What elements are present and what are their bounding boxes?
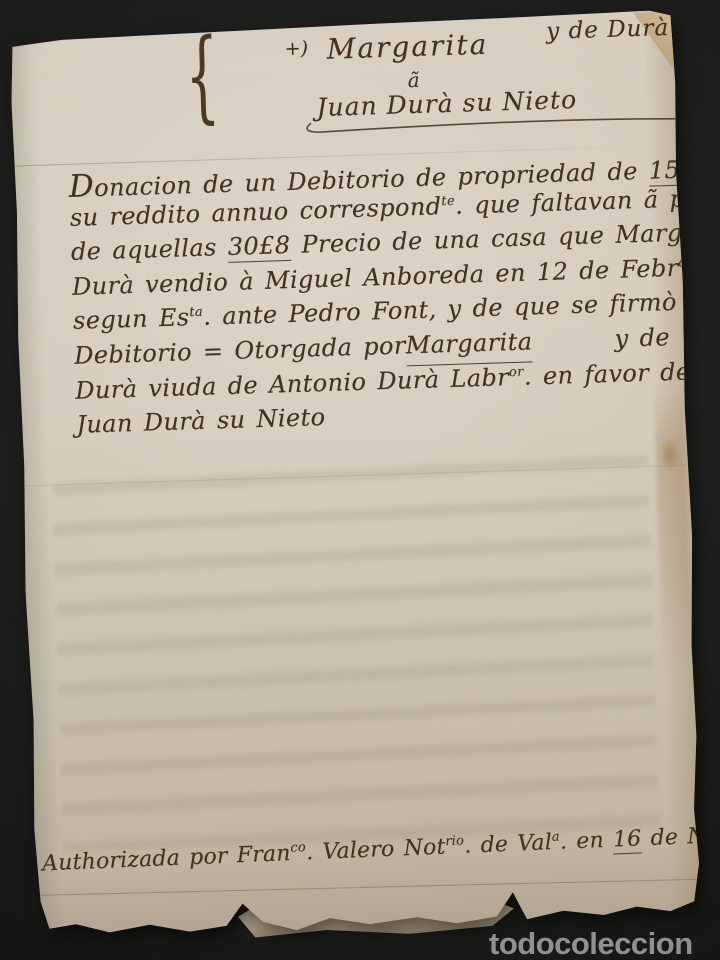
superscript: o	[678, 255, 687, 270]
footer-text: . Valero Not	[306, 835, 446, 866]
paper-shadow-wrap: +) { Margarita y de Durà ã Juan Durà su …	[22, 20, 690, 928]
amount-underlined: 15£8	[648, 155, 712, 187]
manuscript-paper: +) { Margarita y de Durà ã Juan Durà su …	[8, 10, 704, 939]
body-text: con	[711, 153, 720, 183]
day-underlined: 16	[612, 826, 642, 854]
body-text: de aquellas	[70, 233, 228, 266]
amount-underlined: 30£8	[227, 231, 291, 263]
photo-background: +) { Margarita y de Durà ã Juan Durà su …	[0, 0, 720, 960]
body-text: segun Es	[73, 304, 190, 336]
crease-line-bottom	[35, 879, 703, 896]
name-underlined: Margarita	[405, 327, 533, 366]
header-preposition: ã	[407, 68, 420, 92]
plus-mark: +)	[284, 37, 308, 60]
footer-text: . en	[559, 828, 613, 855]
bleed-through-texture	[51, 443, 659, 852]
year-underlined: 1496	[705, 251, 720, 283]
body-text: . en favor de	[523, 357, 690, 390]
body-text-right: y de	[614, 323, 676, 360]
footer-text: . de Val	[464, 830, 553, 859]
superscript: te	[441, 193, 455, 208]
superscript: co	[290, 840, 306, 856]
watermark: todocoleccion	[489, 926, 693, 960]
superscript: or	[509, 364, 524, 379]
body-paragraph: Donacion de un Debitorio de propriedad d…	[68, 150, 678, 446]
header-donor-suffix: y de Durà	[546, 15, 670, 45]
superscript: rio	[445, 833, 464, 849]
footer-text: de Nov	[641, 823, 720, 852]
header-donor-name: Margarita	[326, 28, 489, 66]
superscript: ta	[189, 305, 203, 320]
body-text: .	[686, 253, 706, 282]
brace-icon: {	[184, 32, 220, 118]
